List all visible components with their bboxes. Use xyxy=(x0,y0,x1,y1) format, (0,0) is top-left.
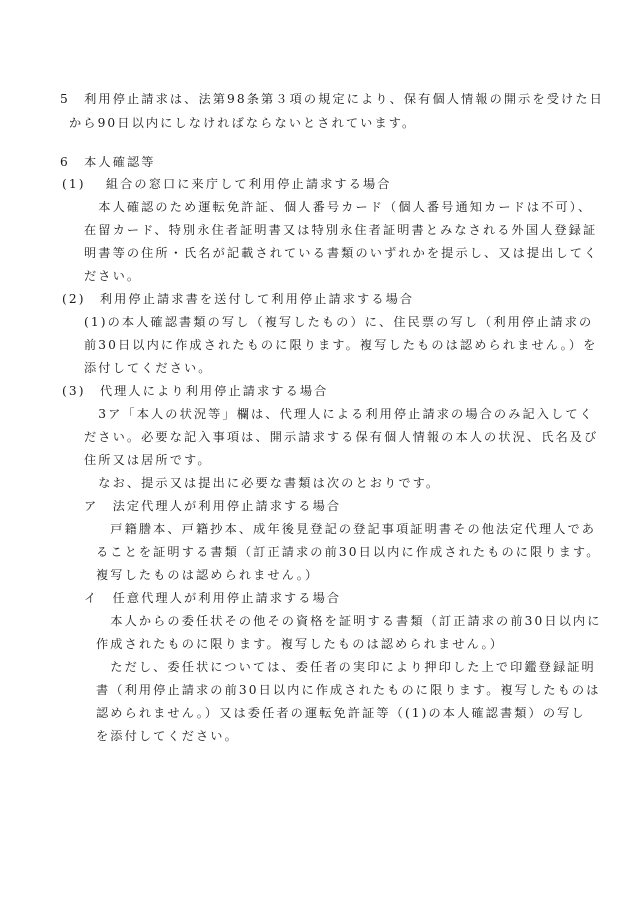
text-line: ださい。必要な記入事項は、開示請求する保有個人情報の本人の状況、氏名及び xyxy=(84,429,598,445)
text-line: (1) 組合の窓口に来庁して利用停止請求する場合 xyxy=(62,176,392,192)
text-line: 6 本人確認等 xyxy=(60,154,156,170)
text-line: 書（利用停止請求の前30日以内に作成されたものに限ります。複写したものは xyxy=(96,682,601,698)
text-line: を添付してください。 xyxy=(96,728,239,744)
text-line: なお、提示又は提出に必要な書類は次のとおりです。 xyxy=(84,475,440,491)
text-line: イ 任意代理人が利用停止請求する場合 xyxy=(84,590,341,606)
text-line: ただし、委任状については、委任者の実印により押印した上で印鑑登録証明 xyxy=(96,659,596,675)
text-line: 在留カード、特別永住者証明書又は特別永住者証明書とみなされる外国人登録証 xyxy=(84,222,597,238)
text-line: 認められません。）又は委任者の運転免許証等（(1)の本人確認書類）の写し xyxy=(96,705,586,721)
text-line: 複写したものは認められません。） xyxy=(96,567,319,583)
text-line: 住所又は居所です。 xyxy=(84,452,212,468)
text-line: 添付してください。 xyxy=(84,360,213,376)
text-line: (3) 代理人により利用停止請求する場合 xyxy=(62,383,328,399)
text-line: 作成されたものに限ります。複写したものは認められません。） xyxy=(96,636,504,652)
text-line: 戸籍謄本、戸籍抄本、成年後見登記の登記事項証明書その他法定代理人であ xyxy=(96,521,596,537)
text-line: ア 法定代理人が利用停止請求する場合 xyxy=(84,498,341,514)
text-line: (1)の本人確認書類の写し（複写したもの）に、住民票の写し（利用停止請求の xyxy=(84,314,593,330)
text-line: 本人確認のため運転免許証、個人番号カード（個人番号通知カードは不可）、 xyxy=(84,199,592,215)
text-line: 前30日以内に作成されたものに限ります。複写したものは認められません。）を xyxy=(84,337,597,353)
text-line: 本人からの委任状その他その資格を証明する書類（訂正請求の前30日以内に xyxy=(96,613,601,629)
text-line: 3ア「本人の状況等」欄は、代理人による利用停止請求の場合のみ記入してく xyxy=(84,406,594,422)
text-line: から90日以内にしなければならないとされています。 xyxy=(69,115,416,131)
text-line: ることを証明する書類（訂正請求の前30日以内に作成されたものに限ります。 xyxy=(96,544,601,560)
document-page: 5 利用停止請求は、法第98条第３項の規定により、保有個人情報の開示を受けた日か… xyxy=(0,0,630,903)
text-line: ださい。 xyxy=(84,268,141,284)
text-line: (2) 利用停止請求書を送付して利用停止請求する場合 xyxy=(62,291,414,307)
text-line: 5 利用停止請求は、法第98条第３項の規定により、保有個人情報の開示を受けた日 xyxy=(60,91,604,107)
text-line: 明書等の住所・氏名が記載されている書類のいずれかを提示し、又は提出してく xyxy=(84,245,598,261)
